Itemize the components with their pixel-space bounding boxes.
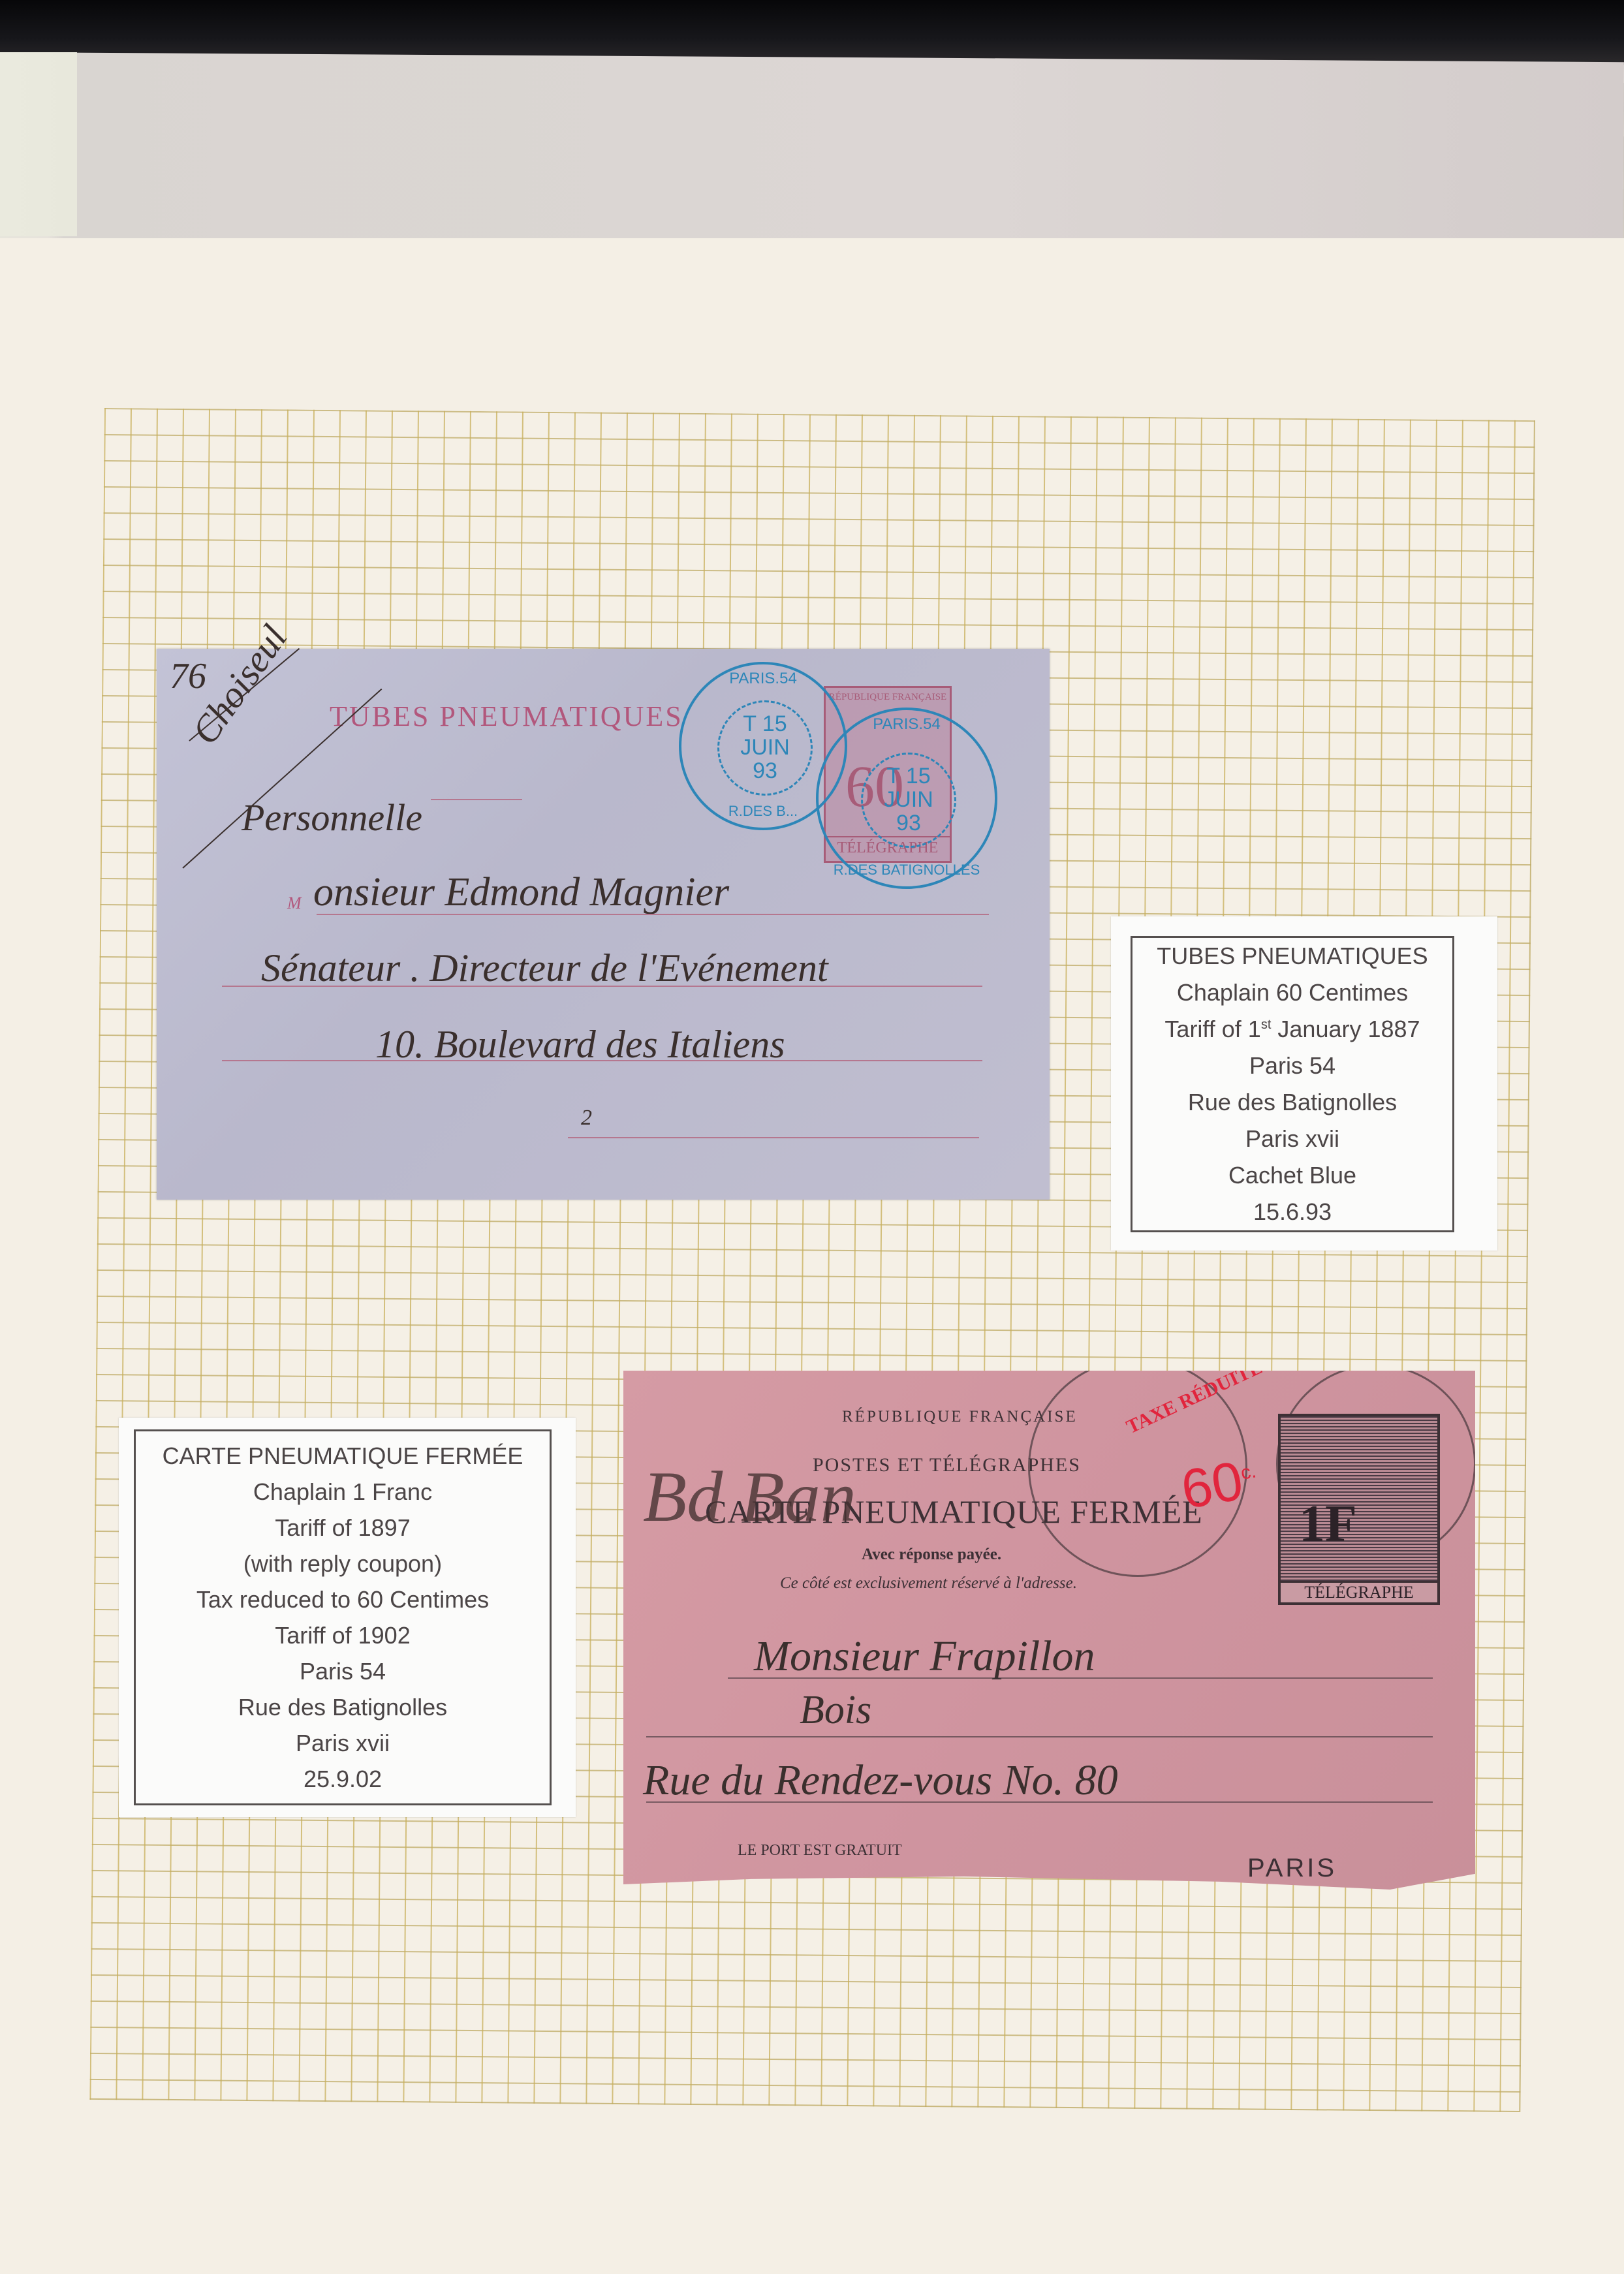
label-line: Tariff of 1897 [275,1510,410,1546]
label-date: 15.6.93 [1253,1194,1332,1230]
tariff-ordinal: st [1261,1018,1272,1032]
address-line-1: onsieur Edmond Magnier [313,869,729,916]
tubes-pneumatiques-card: TUBES PNEUMATIQUES 76 Choiseul Personnel… [157,649,1050,1200]
postmark-office: PARIS.54 [819,715,995,734]
description-label-1: TUBES PNEUMATIQUES Chaplain 60 Centimes … [1111,916,1497,1251]
label-line: Chaplain 1 Franc [253,1474,432,1510]
rule-divider [431,799,522,800]
tariff-suffix: January 1887 [1271,1016,1420,1042]
address-rule [646,1736,1433,1737]
carte-pneumatique-fermee-card: RÉPUBLIQUE FRANÇAISE POSTES ET TÉLÉGRAPH… [623,1371,1475,1895]
blue-postmark-right: PARIS.54 T 15 JUIN 93 R.DES BATIGNOLLES [816,708,997,889]
label-title: CARTE PNEUMATIQUE FERMÉE [163,1438,523,1474]
postmark-year: 93 [753,760,777,783]
postmark-time: T 15 [743,713,787,736]
address-prefix: M [287,894,302,913]
postmark-office: PARIS.54 [681,670,845,688]
card-header: TUBES PNEUMATIQUES [330,700,683,733]
address-rule [317,914,989,915]
address-line-3: Rue du Rendez-vous No. 80 [643,1756,1118,1805]
card-subtitle: Avec réponse payée. [862,1546,1001,1564]
address-rule [728,1677,1433,1679]
address-line-1: Monsieur Frapillon [754,1632,1095,1681]
overprint-unit: c. [1239,1460,1258,1484]
tariff-prefix: Tariff of 1 [1164,1016,1260,1042]
stamp-caption: TÉLÉGRAPHE [1281,1581,1437,1602]
card-footer-left: LE PORT EST GRATUIT [738,1842,902,1860]
stamp-inscription: RÉPUBLIQUE FRANÇAISE [826,692,950,703]
label-line: Paris 54 [300,1653,386,1689]
label-line: Paris 54 [1249,1048,1335,1084]
label-line: Paris xvii [296,1725,390,1761]
postmark-month: JUIN [884,788,933,812]
stamp-value: 1F [1299,1495,1357,1554]
postmark-month: JUIN [740,736,790,760]
address-line-2: Sénateur . Directeur de l'Evénement [261,946,828,991]
postmark-date: T 15 JUIN 93 [717,700,813,796]
handwritten-personnelle: Personnelle [242,796,422,839]
card-footer-right: PARIS [1247,1854,1337,1883]
address-rule [222,1060,982,1061]
label-line: Rue des Batignolles [238,1689,447,1725]
label-frame: CARTE PNEUMATIQUE FERMÉE Chaplain 1 Fran… [134,1429,552,1805]
label-date: 25.9.02 [304,1761,382,1797]
label-line: Tax reduced to 60 Centimes [196,1581,489,1617]
label-line: Chaplain 60 Centimes [1177,974,1408,1011]
chaplain-1f-stamp: 1F TÉLÉGRAPHE [1278,1414,1440,1605]
card-note: Ce côté est exclusivement réservé à l'ad… [780,1574,1077,1593]
address-rule [646,1801,1433,1803]
overprint-value: 60c. [1176,1446,1262,1522]
postmark-street: R.DES BATIGNOLLES [819,862,995,879]
postmark-year: 93 [896,812,921,835]
address-line-2: Bois [800,1687,871,1734]
label-frame: TUBES PNEUMATIQUES Chaplain 60 Centimes … [1131,936,1454,1232]
overprint-amount: 60 [1177,1450,1247,1521]
address-rule [568,1137,979,1138]
description-label-2: CARTE PNEUMATIQUE FERMÉE Chaplain 1 Fran… [119,1418,576,1817]
label-line-tariff: Tariff of 1st January 1887 [1164,1011,1420,1048]
postmark-time: T 15 [886,765,930,788]
label-line: (with reply coupon) [243,1546,442,1581]
address-rule [222,986,982,987]
label-line: Cachet Blue [1228,1157,1356,1194]
postmark-date: T 15 JUIN 93 [861,753,956,848]
label-line: Rue des Batignolles [1188,1084,1397,1121]
address-line-4: 2 [581,1106,592,1130]
interleaf-edge [0,52,77,236]
handwritten-corner: Bd Ban [643,1456,856,1538]
handwritten-corner-note: 76 [170,655,206,697]
label-line: Paris xvii [1245,1121,1339,1157]
label-title: TUBES PNEUMATIQUES [1157,938,1428,974]
label-line: Tariff of 1902 [275,1617,410,1653]
interleaf-sheet [0,52,1624,258]
